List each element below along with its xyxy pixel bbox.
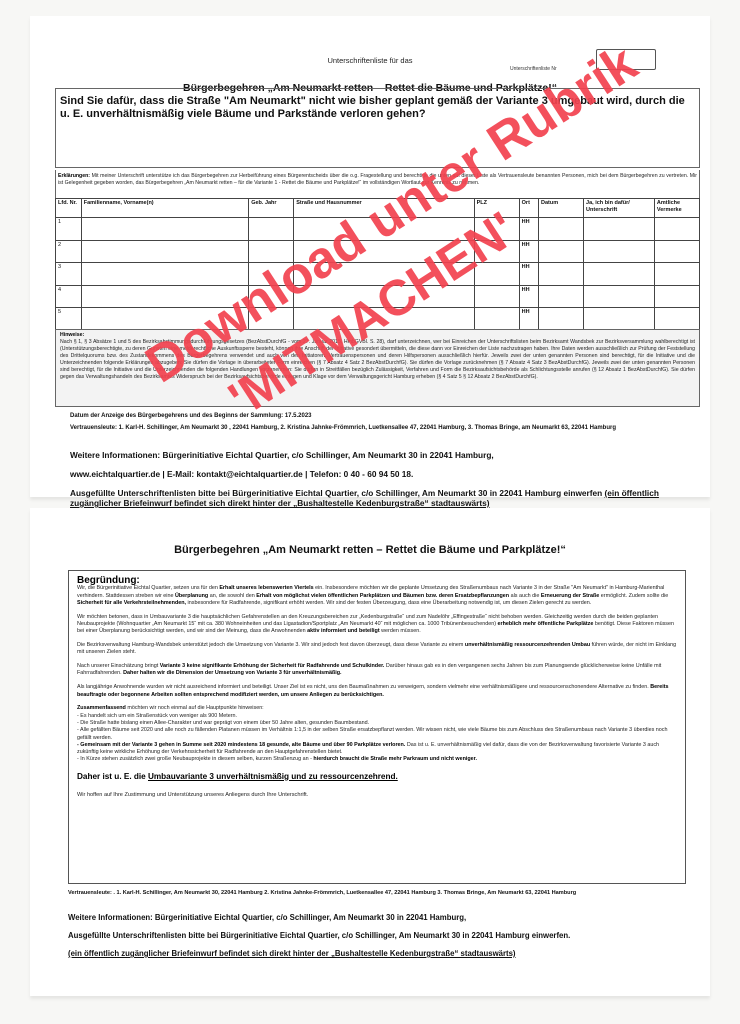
city-cell: HH [519,285,538,308]
conclusion: Daher ist u. E. die Umbauvariante 3 unve… [77,773,677,780]
summary-point: - Alle gefällten Bäume seit 2020 und all… [77,727,677,742]
signature-cell[interactable] [538,285,583,308]
more-info: Weitere Informationen: Bürgerinitiative … [70,450,700,460]
column-header: Amtliche Vermerke [654,199,699,218]
signature-cell[interactable] [249,263,294,286]
text-run: an, die sowohl den [208,593,256,599]
reasoning-page: Bürgerbegehren „Am Neumarkt retten – Ret… [30,508,710,996]
emphasis: aktiv informiert und beteiligt [307,628,379,634]
signature-list-page: Unterschriftenliste für das Unterschrift… [30,16,710,497]
text-run: - In Kürze stehen zusätzlich zwei große … [77,756,313,762]
column-header: Datum [538,199,583,218]
text-run: Wir, die Bürgerinitiative Eichtal Quarti… [77,585,219,591]
mailbox-note-text: (ein öffentlich zugänglicher Briefeinwur… [68,949,516,958]
conclusion-prefix: Daher ist u. E. die [77,772,148,781]
signature-cell[interactable] [81,285,248,308]
emphasis: - Gemeinsam mit der Variante 3 gehen in … [77,742,405,748]
summary-point: - In Kürze stehen zusätzlich zwei große … [77,756,677,763]
column-header: Straße und Hausnummer [294,199,474,218]
signature-cell[interactable] [584,263,655,286]
row-number: 4 [56,285,82,308]
explanation-text: Mit meiner Unterschrift unterstütze ich … [58,173,697,186]
signature-cell[interactable] [294,308,474,331]
signature-cell[interactable] [584,285,655,308]
emphasis: Erhalt von möglichst vielen öffentlichen… [256,593,509,599]
signature-cell[interactable] [654,218,699,241]
signature-cell[interactable] [81,240,248,263]
signature-cell[interactable] [474,263,519,286]
reasoning-paragraph: Als langjährige Anwohnende wurden wir ni… [77,684,677,699]
drop-off-text: Ausgefüllte Unterschriftenlisten bitte b… [70,488,605,498]
emphasis: Überplanung [175,593,208,599]
reasoning-paragraph: Wir möchten betonen, dass in Umbauvarian… [77,614,677,636]
column-header: PLZ [474,199,519,218]
text-run: Als langjährige Anwohnende wurden wir ni… [77,684,650,690]
drop-off-info: Ausgefüllte Unterschriftenlisten bitte b… [70,488,700,508]
text-run: insbesondere für Radfahrende, signifikan… [186,600,591,606]
text-run: - Alle gefällten Bäume seit 2020 und all… [77,727,668,740]
signature-cell[interactable] [654,308,699,331]
text-run: ermöglicht. Zudem sollte die [599,593,668,599]
trustees: Vertrauensleute: 1. Karl-H. Schillinger,… [70,424,700,432]
city-cell: HH [519,240,538,263]
collection-start-date: Datum der Anzeige des Bürgerbegehrens un… [70,413,700,419]
text-run: - Die Straße hatte bislang einen Allee-C… [77,720,369,726]
reasoning-box: Begründung: Wir, die Bürgerinitiative Ei… [68,570,686,884]
signature-cell[interactable] [249,240,294,263]
signature-cell[interactable] [294,263,474,286]
text-run: Nach unserer Einschätzung bringt [77,663,160,669]
signature-cell[interactable] [474,240,519,263]
signature-table: Lfd. Nr.Familienname, Vorname(n)Geb. Jah… [55,198,700,331]
row-number: 5 [56,308,82,331]
trustees: Vertrauensleute: . 1. Karl-H. Schillinge… [68,889,693,897]
emphasis: Erneuerung der Straße [541,593,599,599]
signature-row: 4HH [56,285,700,308]
notes-box: Hinweise: Nach § 1, § 3 Absätze 1 und 5 … [55,329,700,407]
conclusion-statement: Umbauvariante 3 unverhältnismäßig und zu… [148,772,398,781]
signature-cell[interactable] [294,285,474,308]
emphasis: Daher halten wir die Dimension der Umset… [123,670,341,676]
signature-cell[interactable] [538,263,583,286]
signature-cell[interactable] [81,308,248,331]
list-number-label: Unterschriftenliste Nr [510,66,557,72]
emphasis: hierdurch braucht die Straße mehr Parkra… [313,756,477,762]
city-cell: HH [519,263,538,286]
column-header: Geb. Jahr [249,199,294,218]
emphasis: Sicherheit für alle Verkehrsteilnehmende… [77,600,186,606]
text-run: als auch die [509,593,541,599]
signature-cell[interactable] [538,218,583,241]
emphasis: Variante 3 keine signifikante Erhöhung d… [160,663,385,669]
notes-text: Nach § 1, § 3 Absätze 1 und 5 des Bezirk… [60,339,695,380]
reasoning-title: Begründung: [77,577,677,584]
emphasis: erheblich mehr öffentliche Parkplätze [498,621,594,627]
contact-info: www.eichtalquartier.de | E-Mail: kontakt… [70,469,700,479]
signature-cell[interactable] [584,308,655,331]
mailbox-note: (ein öffentlich zugänglicher Briefeinwur… [68,949,698,958]
petition-title: Bürgerbegehren „Am Neumarkt retten – Ret… [30,544,710,556]
list-number-field[interactable] [596,49,656,70]
signature-row: 3HH [56,263,700,286]
signature-row: 5HH [56,308,700,331]
signature-cell[interactable] [654,240,699,263]
drop-off-info: Ausgefüllte Unterschriftenlisten bitte b… [68,931,698,940]
reasoning-paragraph: Wir, die Bürgerinitiative Eichtal Quarti… [77,585,677,607]
explanation: Erklärungen: Mit meiner Unterschrift unt… [55,170,700,200]
summary-point: - Gemeinsam mit der Variante 3 gehen in … [77,742,677,757]
more-info: Weitere Informationen: Bürgerinitiative … [68,913,698,922]
city-cell: HH [519,308,538,331]
text-run: werden müssen. [380,628,421,634]
signature-cell[interactable] [654,285,699,308]
summary: Zusammenfassend möchten wir noch einmal … [77,705,677,712]
city-cell: HH [519,218,538,241]
reasoning-paragraphs: Wir, die Bürgerinitiative Eichtal Quarti… [77,585,677,699]
summary-points: - Es handelt sich um ein Straßenstück vo… [77,713,677,764]
explanation-label: Erklärungen: [58,173,90,179]
signature-cell[interactable] [294,240,474,263]
reasoning-paragraph: Die Bezirksverwaltung Hamburg-Wandsbek u… [77,642,677,657]
signature-cell[interactable] [474,308,519,331]
signature-row: 1HH [56,218,700,241]
signature-cell[interactable] [474,218,519,241]
signature-cell[interactable] [249,308,294,331]
column-header: Familienname, Vorname(n) [81,199,248,218]
column-header: Ja, ich bin dafür/ Unterschrift [584,199,655,218]
row-number: 1 [56,218,82,241]
column-header: Lfd. Nr. [56,199,82,218]
closing-text: Wir hoffen auf Ihre Zustimmung und Unter… [77,792,677,799]
signature-cell[interactable] [294,218,474,241]
signature-row: 2HH [56,240,700,263]
emphasis: Erhalt unseres lebenswerten Viertels [219,585,313,591]
signature-cell[interactable] [81,263,248,286]
signature-cell[interactable] [584,240,655,263]
signature-cell[interactable] [474,285,519,308]
summary-intro: möchten wir noch einmal auf die Hauptpun… [126,705,264,711]
signature-cell[interactable] [538,240,583,263]
text-run: - Es handelt sich um ein Straßenstück vo… [77,713,237,719]
text-run: Die Bezirksverwaltung Hamburg-Wandsbek u… [77,642,465,648]
petition-question: Sind Sie dafür, dass die Straße "Am Neum… [60,95,696,121]
row-number: 2 [56,240,82,263]
notes-label: Hinweise: [60,332,695,339]
signature-cell[interactable] [249,218,294,241]
summary-point: - Es handelt sich um ein Straßenstück vo… [77,713,677,720]
signature-cell[interactable] [584,218,655,241]
row-number: 3 [56,263,82,286]
signature-cell[interactable] [538,308,583,331]
emphasis: unverhältnismäßig ressourcenzehrenden Um… [465,642,590,648]
summary-point: - Die Straße hatte bislang einen Allee-C… [77,720,677,727]
signature-cell[interactable] [81,218,248,241]
column-header: Ort [519,199,538,218]
reasoning-paragraph: Nach unserer Einschätzung bringt Variant… [77,663,677,678]
signature-cell[interactable] [654,263,699,286]
signature-cell[interactable] [249,285,294,308]
summary-label: Zusammenfassend [77,705,126,711]
question-box: Sind Sie dafür, dass die Straße "Am Neum… [55,88,700,168]
